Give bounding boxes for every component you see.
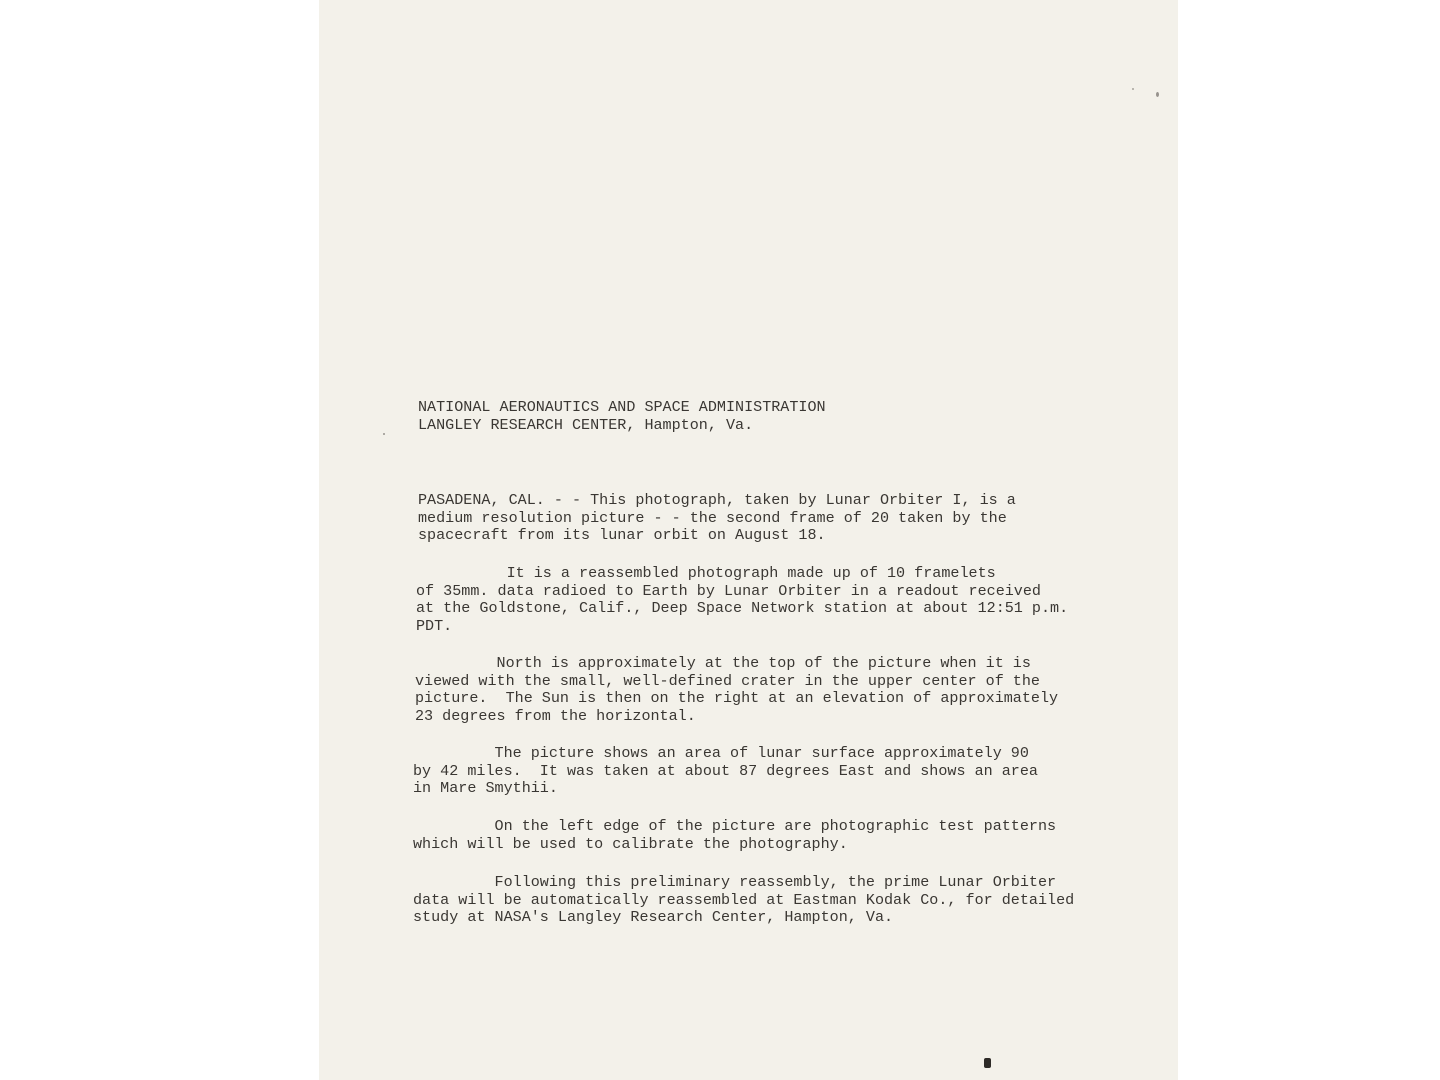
text-line: in Mare Smythii. bbox=[413, 780, 1038, 798]
text-line: at the Goldstone, Calif., Deep Space Net… bbox=[416, 600, 1068, 618]
text-line: 23 degrees from the horizontal. bbox=[415, 708, 1058, 726]
paragraph-kodak: Following this preliminary reassembly, t… bbox=[413, 874, 1074, 927]
paper-speck bbox=[1132, 88, 1134, 90]
paragraph-test-patterns: On the left edge of the picture are phot… bbox=[413, 818, 1056, 853]
text-line: data will be automatically reassembled a… bbox=[413, 892, 1074, 910]
paragraph-orientation: North is approximately at the top of the… bbox=[415, 655, 1058, 725]
paragraph-reassembly: It is a reassembled photograph made up o… bbox=[416, 565, 1068, 635]
text-line: of 35mm. data radioed to Earth by Lunar … bbox=[416, 583, 1068, 601]
text-line: spacecraft from its lunar orbit on Augus… bbox=[418, 527, 1016, 545]
paper-speck bbox=[383, 433, 385, 435]
text-line: North is approximately at the top of the… bbox=[415, 655, 1058, 673]
letterhead: NATIONAL AERONAUTICS AND SPACE ADMINISTR… bbox=[418, 399, 826, 434]
text-line: viewed with the small, well-defined crat… bbox=[415, 673, 1058, 691]
paragraph-area: The picture shows an area of lunar surfa… bbox=[413, 745, 1038, 798]
text-line: The picture shows an area of lunar surfa… bbox=[413, 745, 1038, 763]
text-line: study at NASA's Langley Research Center,… bbox=[413, 909, 1074, 927]
paper-speck bbox=[1156, 92, 1159, 97]
text-line: Following this preliminary reassembly, t… bbox=[413, 874, 1074, 892]
letterhead-center: LANGLEY RESEARCH CENTER, Hampton, Va. bbox=[418, 417, 826, 435]
paragraph-dateline: PASADENA, CAL. - - This photograph, take… bbox=[418, 492, 1016, 545]
text-line: which will be used to calibrate the phot… bbox=[413, 836, 1056, 854]
text-line: by 42 miles. It was taken at about 87 de… bbox=[413, 763, 1038, 781]
text-line: PASADENA, CAL. - - This photograph, take… bbox=[418, 492, 1016, 510]
text-line: It is a reassembled photograph made up o… bbox=[416, 565, 1068, 583]
text-line: picture. The Sun is then on the right at… bbox=[415, 690, 1058, 708]
text-line: On the left edge of the picture are phot… bbox=[413, 818, 1056, 836]
text-line: medium resolution picture - - the second… bbox=[418, 510, 1016, 528]
paper-speck bbox=[984, 1058, 991, 1068]
letterhead-agency: NATIONAL AERONAUTICS AND SPACE ADMINISTR… bbox=[418, 399, 826, 417]
text-line: PDT. bbox=[416, 618, 1068, 636]
